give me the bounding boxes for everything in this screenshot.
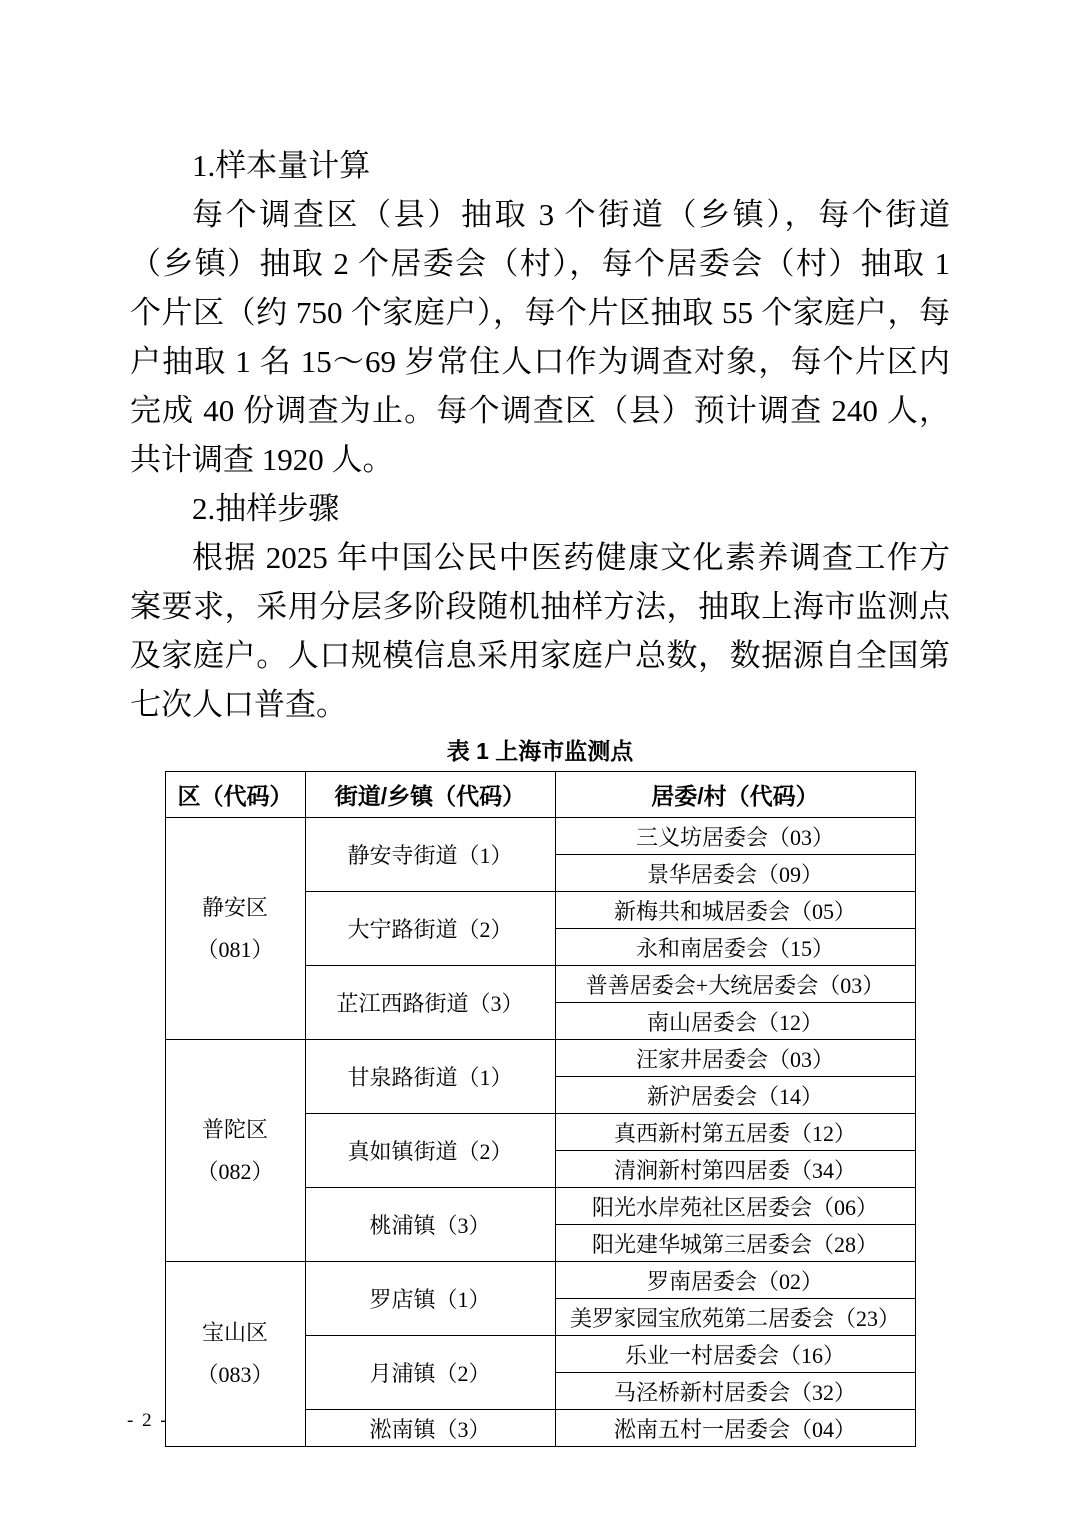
district-cell: 静安区（081）: [165, 818, 305, 1040]
committee-cell: 永和南居委会（15）: [555, 929, 915, 966]
document-content: 1.样本量计算 每个调查区（县）抽取 3 个街道（乡镇），每个街道（乡镇）抽取 …: [130, 141, 950, 1447]
committee-cell: 新梅共和城居委会（05）: [555, 892, 915, 929]
committee-cell: 景华居委会（09）: [555, 855, 915, 892]
street-cell: 真如镇街道（2）: [305, 1114, 555, 1188]
committee-cell: 马泾桥新村居委会（32）: [555, 1373, 915, 1410]
street-cell: 甘泉路街道（1）: [305, 1040, 555, 1114]
committee-cell: 罗南居委会（02）: [555, 1262, 915, 1299]
page-number: - 2 -: [127, 1410, 169, 1432]
table-row: 普陀区（082）甘泉路街道（1）汪家井居委会（03）: [165, 1040, 915, 1077]
committee-cell: 真西新村第五居委（12）: [555, 1114, 915, 1151]
table-header-row: 区（代码） 街道/乡镇（代码） 居委/村（代码）: [165, 772, 915, 818]
committee-cell: 南山居委会（12）: [555, 1003, 915, 1040]
committee-cell: 三义坊居委会（03）: [555, 818, 915, 855]
street-cell: 桃浦镇（3）: [305, 1188, 555, 1262]
section-2-heading: 2.抽样步骤: [130, 484, 950, 533]
street-cell: 静安寺街道（1）: [305, 818, 555, 892]
committee-cell: 阳光水岸苑社区居委会（06）: [555, 1188, 915, 1225]
street-cell: 大宁路街道（2）: [305, 892, 555, 966]
table-row: 静安区（081）静安寺街道（1）三义坊居委会（03）: [165, 818, 915, 855]
district-cell: 普陀区（082）: [165, 1040, 305, 1262]
committee-cell: 美罗家园宝欣苑第二居委会（23）: [555, 1299, 915, 1336]
street-cell: 淞南镇（3）: [305, 1410, 555, 1447]
header-committee: 居委/村（代码）: [555, 772, 915, 818]
committee-cell: 清涧新村第四居委（34）: [555, 1151, 915, 1188]
document-page: 1.样本量计算 每个调查区（县）抽取 3 个街道（乡镇），每个街道（乡镇）抽取 …: [0, 0, 1080, 1528]
committee-cell: 新沪居委会（14）: [555, 1077, 915, 1114]
street-cell: 罗店镇（1）: [305, 1262, 555, 1336]
committee-cell: 乐业一村居委会（16）: [555, 1336, 915, 1373]
committee-cell: 阳光建华城第三居委会（28）: [555, 1225, 915, 1262]
committee-cell: 淞南五村一居委会（04）: [555, 1410, 915, 1447]
committee-cell: 汪家井居委会（03）: [555, 1040, 915, 1077]
committee-cell: 普善居委会+大统居委会（03）: [555, 966, 915, 1003]
street-cell: 月浦镇（2）: [305, 1336, 555, 1410]
section-1-heading: 1.样本量计算: [130, 141, 950, 190]
header-district: 区（代码）: [165, 772, 305, 818]
table-row: 宝山区（083）罗店镇（1）罗南居委会（02）: [165, 1262, 915, 1299]
table-body: 静安区（081）静安寺街道（1）三义坊居委会（03）景华居委会（09）大宁路街道…: [165, 818, 915, 1447]
district-cell: 宝山区（083）: [165, 1262, 305, 1447]
section-2-paragraph: 根据 2025 年中国公民中医药健康文化素养调查工作方案要求，采用分层多阶段随机…: [130, 533, 950, 729]
section-1-paragraph: 每个调查区（县）抽取 3 个街道（乡镇），每个街道（乡镇）抽取 2 个居委会（村…: [130, 190, 950, 484]
street-cell: 芷江西路街道（3）: [305, 966, 555, 1040]
monitoring-points-table: 区（代码） 街道/乡镇（代码） 居委/村（代码） 静安区（081）静安寺街道（1…: [165, 771, 916, 1447]
header-street: 街道/乡镇（代码）: [305, 772, 555, 818]
table-title: 表 1 上海市监测点: [130, 736, 950, 766]
